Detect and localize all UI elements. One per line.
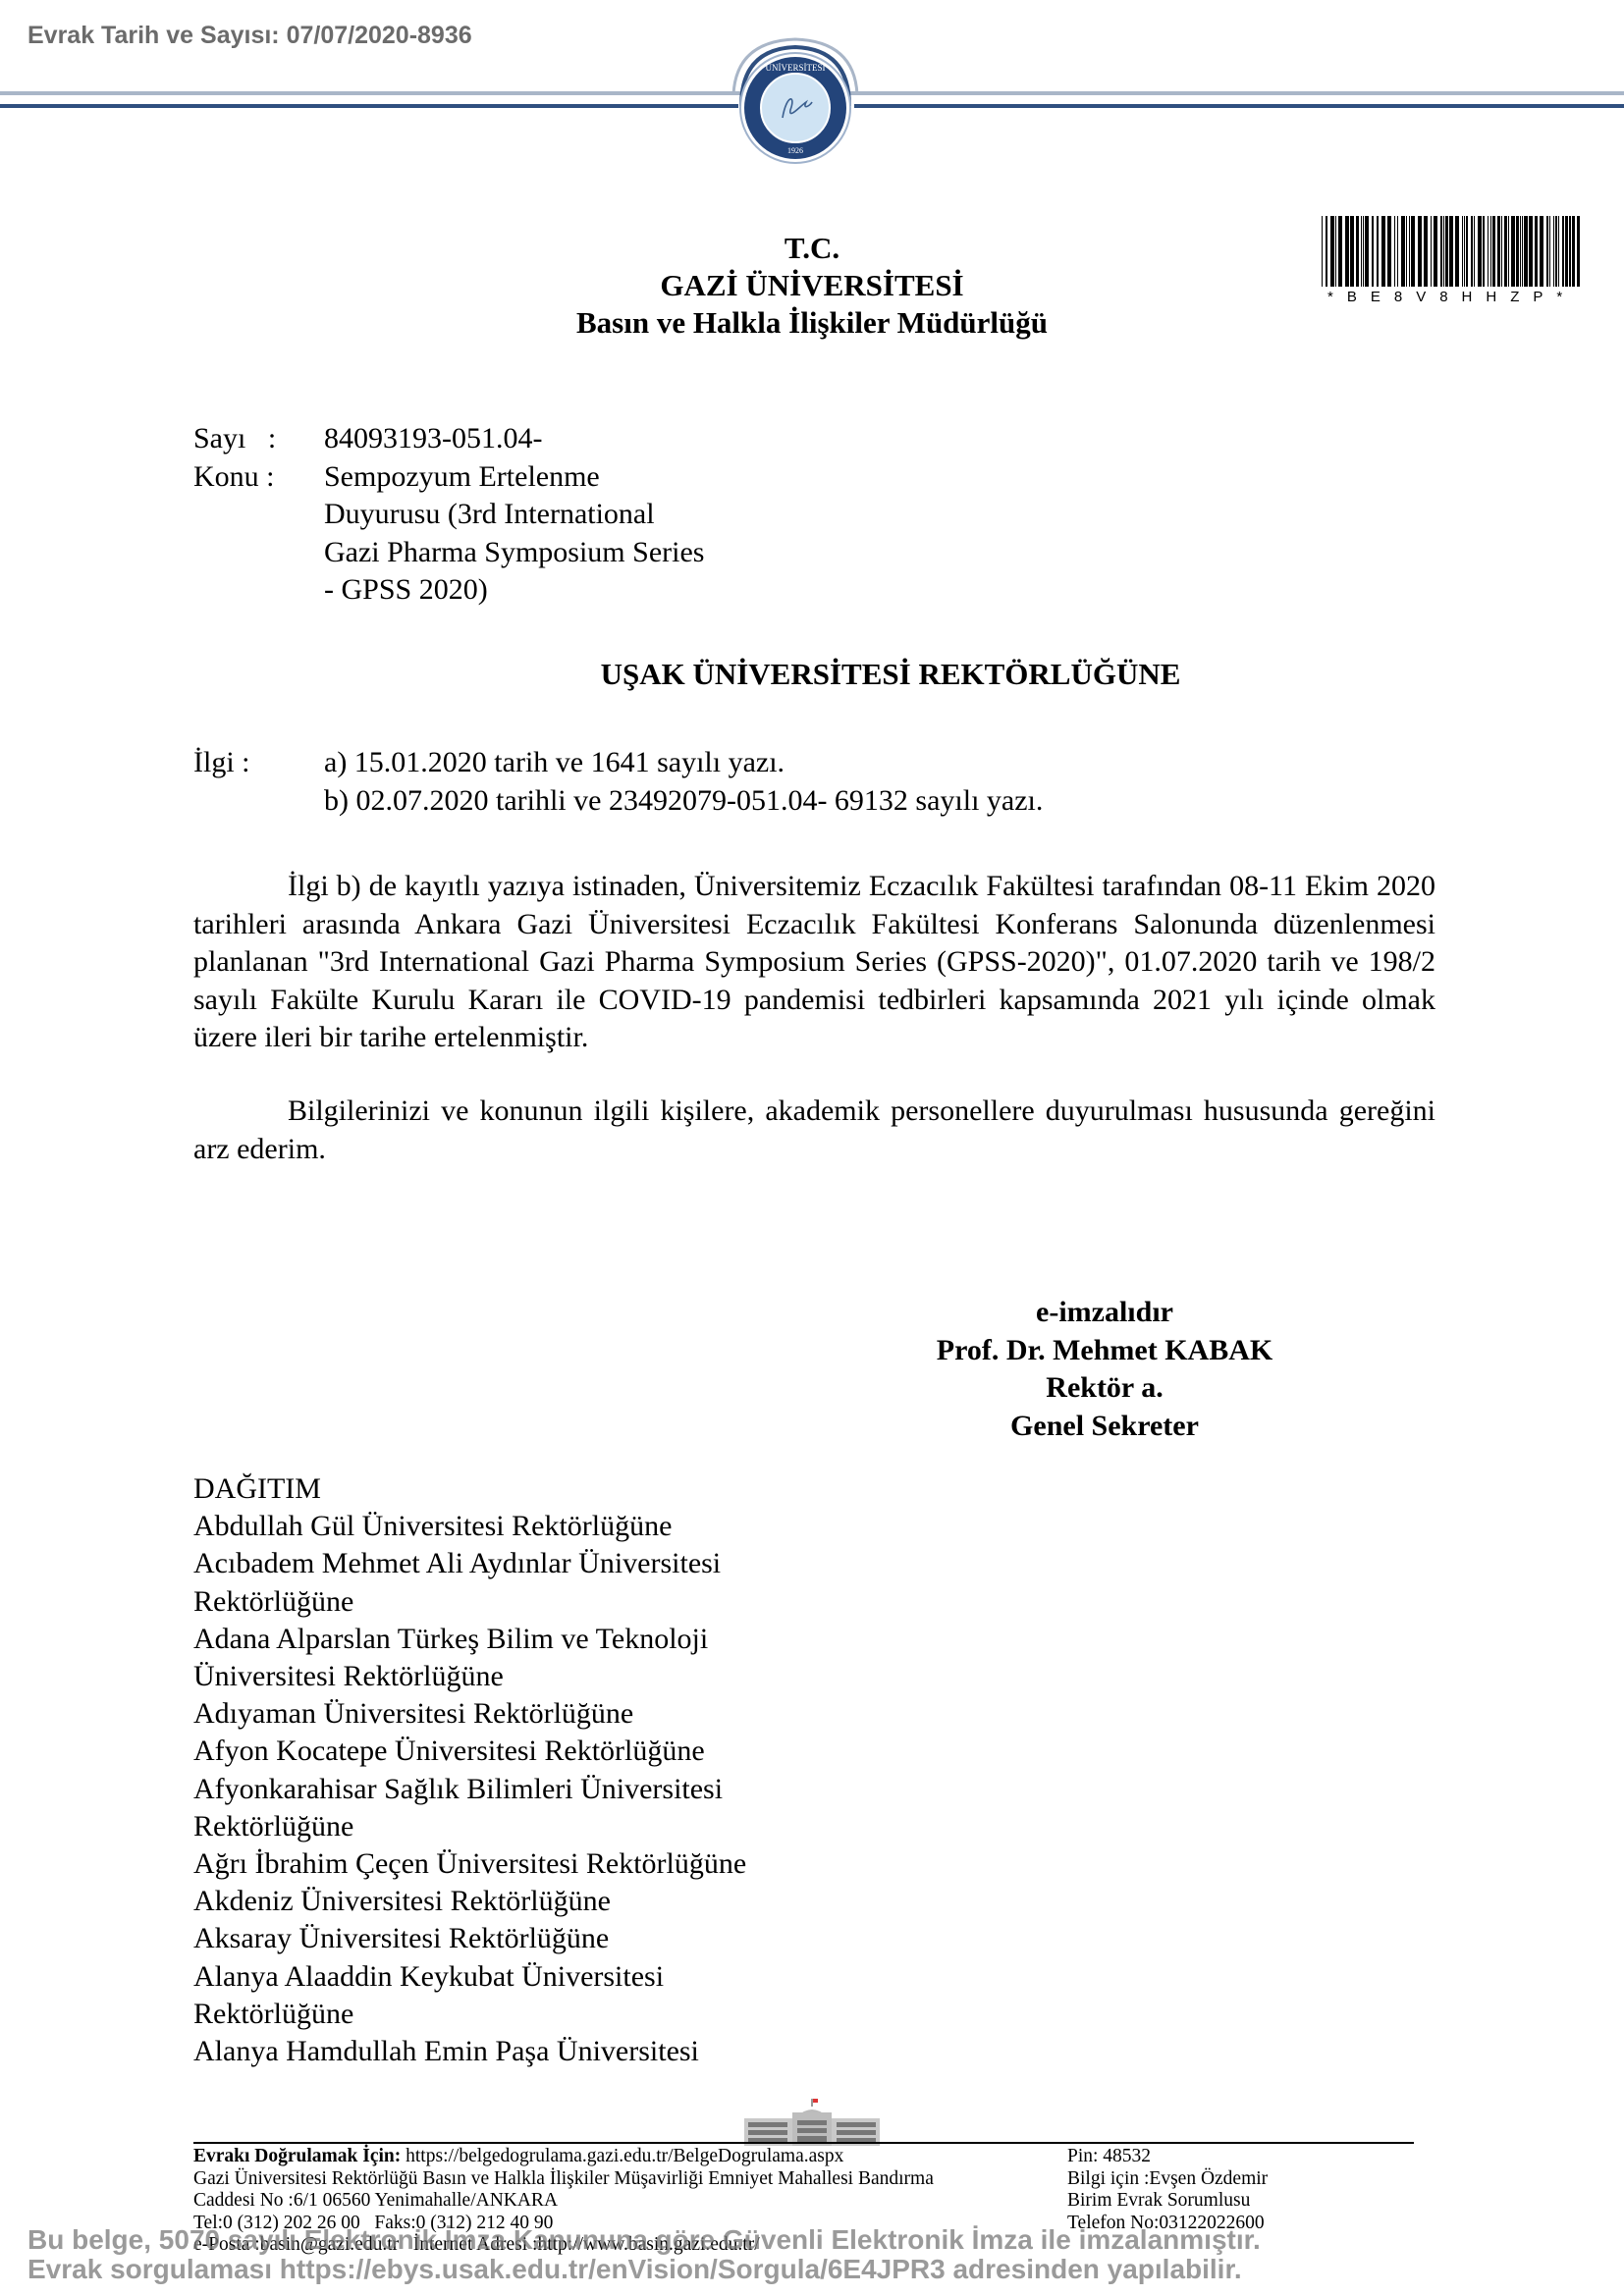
ilgi-item: b) 02.07.2020 tarihli ve 23492079-051.04… bbox=[324, 782, 1043, 821]
footer-info: Pin: 48532 Bilgi için :Evşen Özdemir Bir… bbox=[1067, 2146, 1268, 2234]
distribution-list: DAĞITIM Abdullah Gül Üniversitesi Rektör… bbox=[193, 1470, 822, 2070]
distribution-item: Adana Alparslan Türkeş Bilim ve Teknoloj… bbox=[193, 1621, 822, 1695]
barcode-bars bbox=[1322, 216, 1587, 287]
university-building-icon bbox=[738, 2099, 886, 2148]
reference-block: İlgi : a) 15.01.2020 tarih ve 1641 sayıl… bbox=[193, 744, 1043, 820]
barcode-text: *BE8V8HHZP* bbox=[1322, 289, 1587, 305]
addressee: UŞAK ÜNİVERSİTESİ REKTÖRLÜĞÜNE bbox=[0, 657, 1624, 692]
e-signature-watermark-line-1: Bu belge, 5070 sayılı Elektronik İmza Ka… bbox=[27, 2224, 1261, 2256]
header-rule-dark bbox=[0, 104, 738, 108]
footer-rule bbox=[193, 2142, 1414, 2144]
svg-text:1926: 1926 bbox=[787, 146, 803, 155]
distribution-item: Afyon Kocatepe Üniversitesi Rektörlüğüne bbox=[193, 1733, 822, 1770]
body-paragraph-1: İlgi b) de kayıtlı yazıya istinaden, Üni… bbox=[193, 868, 1435, 1057]
sayi-value: 84093193-051.04- bbox=[324, 420, 704, 458]
sayi-label: Sayı : bbox=[193, 420, 324, 458]
document-barcode: *BE8V8HHZP* bbox=[1322, 216, 1587, 305]
info-contact: Bilgi için :Evşen Özdemir bbox=[1067, 2168, 1268, 2191]
distribution-item: Akdeniz Üniversitesi Rektörlüğüne bbox=[193, 1883, 822, 1920]
header-rule-light bbox=[0, 91, 746, 95]
distribution-item: Adıyaman Üniversitesi Rektörlüğüne bbox=[193, 1695, 822, 1733]
address-line-2: Caddesi No :6/1 06560 Yenimahalle/ANKARA bbox=[193, 2190, 934, 2213]
body-paragraph-2: Bilgilerinizi ve konunun ilgili kişilere… bbox=[193, 1093, 1435, 1168]
e-signed-note: e-imzalıdır bbox=[884, 1294, 1326, 1332]
signatory-position: Genel Sekreter bbox=[884, 1408, 1326, 1446]
pin: Pin: 48532 bbox=[1067, 2146, 1268, 2168]
distribution-title: DAĞITIM bbox=[193, 1470, 822, 1508]
verify-line: Evrakı Doğrulamak İçin: https://belgedog… bbox=[193, 2146, 934, 2168]
info-role: Birim Evrak Sorumlusu bbox=[1067, 2190, 1268, 2213]
letterhead-department: Basın ve Halkla İlişkiler Müdürlüğü bbox=[0, 304, 1624, 342]
distribution-item: Acıbadem Mehmet Ali Aydınlar Üniversites… bbox=[193, 1545, 822, 1620]
e-signature-watermark-line-2: Evrak sorgulaması https://ebys.usak.edu.… bbox=[27, 2254, 1242, 2285]
konu-label: Konu : bbox=[193, 458, 324, 610]
gazi-university-seal-icon: ÜNİVERSİTESİ 1926 bbox=[731, 37, 859, 165]
document-date-number-stamp: Evrak Tarih ve Sayısı: 07/07/2020-8936 bbox=[27, 22, 472, 50]
verify-url[interactable]: https://belgedogrulama.gazi.edu.tr/Belge… bbox=[401, 2146, 843, 2166]
distribution-item: Alanya Hamdullah Emin Paşa Üniversitesi bbox=[193, 2033, 822, 2070]
signature-block: e-imzalıdır Prof. Dr. Mehmet KABAK Rektö… bbox=[884, 1294, 1326, 1445]
distribution-item: Abdullah Gül Üniversitesi Rektörlüğüne bbox=[193, 1508, 822, 1545]
address-line-1: Gazi Üniversitesi Rektörlüğü Basın ve Ha… bbox=[193, 2168, 934, 2191]
distribution-items: Abdullah Gül Üniversitesi RektörlüğüneAc… bbox=[193, 1508, 822, 2070]
konu-value: Sempozyum Ertelenme Duyurusu (3rd Intern… bbox=[324, 458, 704, 610]
signatory-name: Prof. Dr. Mehmet KABAK bbox=[884, 1332, 1326, 1370]
signatory-title: Rektör a. bbox=[884, 1369, 1326, 1408]
document-meta: Sayı : 84093193-051.04- Konu : Sempozyum… bbox=[193, 420, 704, 610]
header-rule-dark-right bbox=[854, 104, 1624, 108]
distribution-item: Alanya Alaaddin Keykubat Üniversitesi Re… bbox=[193, 1958, 822, 2033]
verify-label: Evrakı Doğrulamak İçin: bbox=[193, 2146, 401, 2166]
distribution-item: Afyonkarahisar Sağlık Bilimleri Üniversi… bbox=[193, 1771, 822, 1845]
ilgi-item: a) 15.01.2020 tarih ve 1641 sayılı yazı. bbox=[324, 744, 1043, 782]
header-rule-light-right bbox=[846, 91, 1624, 95]
ilgi-items: a) 15.01.2020 tarih ve 1641 sayılı yazı.… bbox=[324, 744, 1043, 820]
distribution-item: Ağrı İbrahim Çeçen Üniversitesi Rektörlü… bbox=[193, 1845, 822, 1883]
ilgi-label: İlgi : bbox=[193, 744, 324, 820]
svg-text:ÜNİVERSİTESİ: ÜNİVERSİTESİ bbox=[766, 63, 826, 73]
distribution-item: Aksaray Üniversitesi Rektörlüğüne bbox=[193, 1920, 822, 1957]
